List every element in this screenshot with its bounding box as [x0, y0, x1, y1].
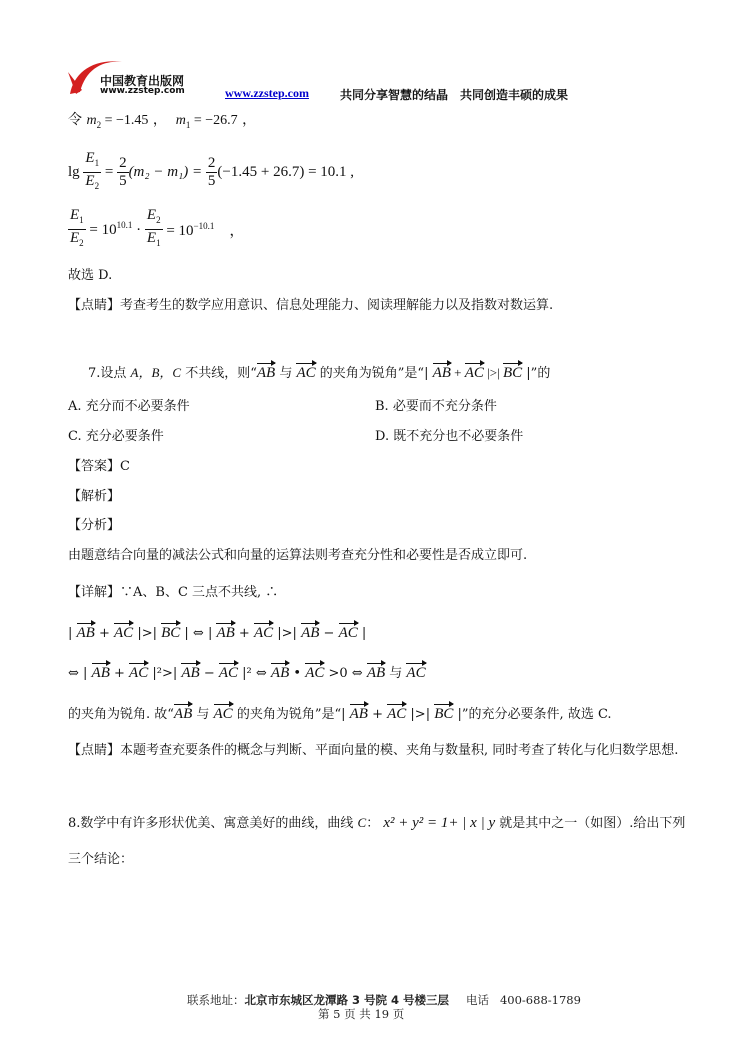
q7-answer: 【答案】C — [68, 459, 130, 475]
q6-comment: 【点睛】考查考生的数学应用意识、信息处理能力、阅读理解能力以及指数对数运算. — [68, 298, 553, 314]
footer-phone: 电话 400-688-1789 — [466, 992, 581, 1008]
page-number: 第 5 页 共 19 页 — [318, 1006, 404, 1022]
q7-comment: 【点睛】本题考查充要条件的概念与判断、平面向量的模、夹角与数量积, 同时考查了转… — [68, 743, 678, 759]
q7-eq1: | AB + AC |>| BC | ⇔ | AB + AC |>| AB − … — [68, 622, 366, 642]
q7-conclusion: 的夹角为锐角. 故“AB 与 AC 的夹角为锐角”是“| AB + AC |>|… — [68, 703, 612, 723]
q6-conclusion: 故选 D. — [68, 268, 112, 284]
q7-option-b: B. 必要而不充分条件 — [375, 399, 497, 415]
q8-stem-line2: 三个结论： — [68, 852, 133, 868]
logo-url-text: www.zzstep.com — [100, 86, 185, 96]
header-slogan: 共同分享智慧的结晶 共同创造丰硕的成果 — [340, 86, 568, 103]
q7-analysis-head: 【解析】 — [68, 489, 120, 505]
q7-detail: 【详解】∵A、B、C 三点不共线, ∴ — [68, 585, 278, 601]
q7-option-c: C. 充分必要条件 — [68, 429, 164, 445]
q6-line1: 令 m2 = −1.45 ， m1 = −26.7 ， — [68, 112, 256, 133]
q7-analysis-sub: 【分析】 — [68, 518, 120, 534]
q8-stem: 8.数学中有许多形状优美、寓意美好的曲线，曲线 C： x² + y² = 1+ … — [68, 815, 685, 832]
q6-line2: lg E1E2 = 25(m₂ − m₁) = 25(−1.45 + 26.7)… — [68, 150, 354, 195]
q7-option-a: A. 充分而不必要条件 — [68, 399, 190, 415]
q6-line3: E1E2 = 1010.1 · E2E1 = 10−10.1 ， — [68, 207, 244, 252]
q7-stem: 7.设点 A，B，C 不共线，则“AB 与 AC 的夹角为锐角”是“| AB +… — [88, 362, 550, 382]
site-link[interactable]: www.zzstep.com — [225, 86, 309, 101]
q7-option-d: D. 既不充分也不必要条件 — [375, 429, 523, 445]
q7-eq2: ⇔ | AB + AC |²>| AB − AC |² ⇔ AB • AC >0… — [68, 662, 426, 682]
q7-analysis-text: 由题意结合向量的减法公式和向量的运算法则考查充分性和必要性是否成立即可. — [68, 548, 527, 564]
